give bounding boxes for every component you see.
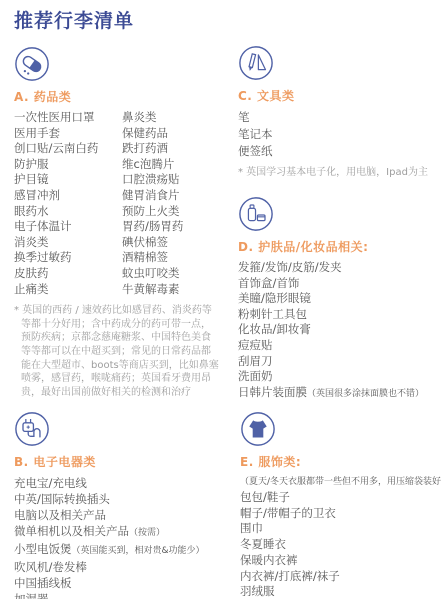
list-item: 眼药水 (14, 204, 122, 220)
section-heading-medicine: A. 药品类 (14, 88, 220, 105)
medicine-list-left: 一次性医用口罩医用手套创口贴/云南白药防护服护目镜感冒冲剂眼药水电子体温计消炎类… (14, 110, 122, 297)
list-item: 微单相机以及相关产品（按需） (14, 523, 230, 541)
list-item: 痘痘贴 (238, 338, 438, 354)
medicine-list-right: 鼻炎类保健药品跌打药酒维c泡腾片口腔溃疡贴健胃消食片预防上火类胃药/肠胃药碘伏棉… (122, 110, 183, 297)
list-item: 胃药/肠胃药 (122, 219, 183, 235)
list-item: 医用手套 (14, 126, 122, 142)
plug-icon (14, 411, 50, 447)
section-heading-cosmetics: D. 护肤品/化妆品相关: (238, 238, 438, 255)
list-item: 维c泡腾片 (122, 157, 183, 173)
section-stationery: C. 文具类 笔笔记本便签纸 * 英国学习基本电子化，用电脑，Ipad为主 (238, 45, 435, 180)
list-item: 中国插线板 (14, 575, 230, 591)
clothing-list: 包包/鞋子帽子/带帽子的卫衣围巾冬夏睡衣保暖内衣裤内衣裤/打底裤/袜子羽绒服 (240, 490, 438, 599)
list-item: 保暖内衣裤 (240, 553, 438, 569)
medicine-footnote: * 英国的西药 / 速效药比如感冒药、消炎药等等都十分好用；含中药成分的药可带一… (14, 304, 220, 399)
pill-icon (14, 46, 50, 82)
list-item: 电子体温计 (14, 219, 122, 235)
luggage-checklist-page: 推荐行李清单 A. 药品类 一次性医用口罩医用手套创口贴/云南白药防护服护目镜感… (0, 0, 441, 599)
list-item: 护目镜 (14, 172, 122, 188)
list-item: 换季过敏药 (14, 250, 122, 266)
list-item: 内衣裤/打底裤/袜子 (240, 569, 438, 585)
list-item: 冬夏睡衣 (240, 537, 438, 553)
tshirt-icon (240, 411, 276, 447)
list-item-note: （英国很多涂抹面膜也不错） (307, 389, 424, 399)
page-title: 推荐行李清单 (14, 6, 134, 33)
list-item: 粉刺针工具包 (238, 307, 438, 323)
section-cosmetics: D. 护肤品/化妆品相关: 发箍/发饰/皮筋/发夹首饰盒/首饰美瞳/隐形眼镜粉刺… (238, 196, 438, 402)
list-item-note: （按需） (129, 528, 165, 538)
section-heading-stationery: C. 文具类 (238, 87, 435, 104)
cosmetics-icon (238, 196, 274, 232)
list-item: 感冒冲剂 (14, 188, 122, 204)
section-heading-clothing: E. 服饰类: (240, 453, 438, 470)
section-clothing: E. 服饰类: （夏天/冬天衣服都带一些但不用多，用压缩袋装好） 包包/鞋子帽子… (240, 411, 438, 599)
list-item: 创口贴/云南白药 (14, 141, 122, 157)
stationery-footnote: * 英国学习基本电子化，用电脑，Ipad为主 (238, 166, 435, 180)
list-item: 加湿器 (14, 591, 230, 599)
list-item: 皮肤药 (14, 266, 122, 282)
list-item: 消炎类 (14, 235, 122, 251)
list-item: 小型电饭煲（英国能买到，相对贵&功能少） (14, 541, 230, 559)
list-item: 美瞳/隐形眼镜 (238, 291, 438, 307)
electronics-list: 充电宝/充电线中英/国际转换插头电脑以及相关产品微单相机以及相关产品（按需）小型… (14, 475, 230, 599)
list-item: 鼻炎类 (122, 110, 183, 126)
medicine-lists: 一次性医用口罩医用手套创口贴/云南白药防护服护目镜感冒冲剂眼药水电子体温计消炎类… (14, 110, 220, 297)
list-item: 跌打药酒 (122, 141, 183, 157)
list-item: 化妆品/卸妆膏 (238, 322, 438, 338)
list-item: 防护服 (14, 157, 122, 173)
section-heading-electronics: B. 电子电器类 (14, 453, 230, 470)
list-item: 刮眉刀 (238, 354, 438, 370)
stationery-list: 笔笔记本便签纸 (238, 109, 435, 159)
section-electronics: B. 电子电器类 充电宝/充电线中英/国际转换插头电脑以及相关产品微单相机以及相… (14, 411, 230, 599)
pencil-ruler-icon (238, 45, 274, 81)
list-item: 电脑以及相关产品 (14, 507, 230, 523)
list-item: 中英/国际转换插头 (14, 491, 230, 507)
list-item: 预防上火类 (122, 204, 183, 220)
list-item: 保健药品 (122, 126, 183, 142)
list-item: 便签纸 (238, 143, 435, 160)
list-item: 帽子/带帽子的卫衣 (240, 506, 438, 522)
list-item: 日韩片装面膜（英国很多涂抹面膜也不错） (238, 385, 438, 403)
list-item: 一次性医用口罩 (14, 110, 122, 126)
list-item: 笔记本 (238, 126, 435, 143)
list-item: 洗面奶 (238, 369, 438, 385)
list-item: 包包/鞋子 (240, 490, 438, 506)
list-item: 围巾 (240, 521, 438, 537)
section-medicine: A. 药品类 一次性医用口罩医用手套创口贴/云南白药防护服护目镜感冒冲剂眼药水电… (14, 46, 220, 399)
list-item: 笔 (238, 109, 435, 126)
list-item: 充电宝/充电线 (14, 475, 230, 491)
list-item: 羽绒服 (240, 584, 438, 599)
list-item: 蚊虫叮咬类 (122, 266, 183, 282)
list-item: 碘伏棉签 (122, 235, 183, 251)
list-item: 牛黄解毒素 (122, 282, 183, 298)
cosmetics-list: 发箍/发饰/皮筋/发夹首饰盒/首饰美瞳/隐形眼镜粉刺针工具包化妆品/卸妆膏痘痘贴… (238, 260, 438, 402)
list-item: 健胃消食片 (122, 188, 183, 204)
list-item: 发箍/发饰/皮筋/发夹 (238, 260, 438, 276)
list-item: 酒精棉签 (122, 250, 183, 266)
list-item: 吹风机/卷发棒 (14, 559, 230, 575)
clothing-subtitle: （夏天/冬天衣服都带一些但不用多，用压缩袋装好） (240, 475, 438, 490)
list-item: 首饰盒/首饰 (238, 276, 438, 292)
list-item: 口腔溃疡贴 (122, 172, 183, 188)
list-item: 止痛类 (14, 282, 122, 298)
list-item-note: （英国能买到，相对贵&功能少） (72, 546, 205, 556)
